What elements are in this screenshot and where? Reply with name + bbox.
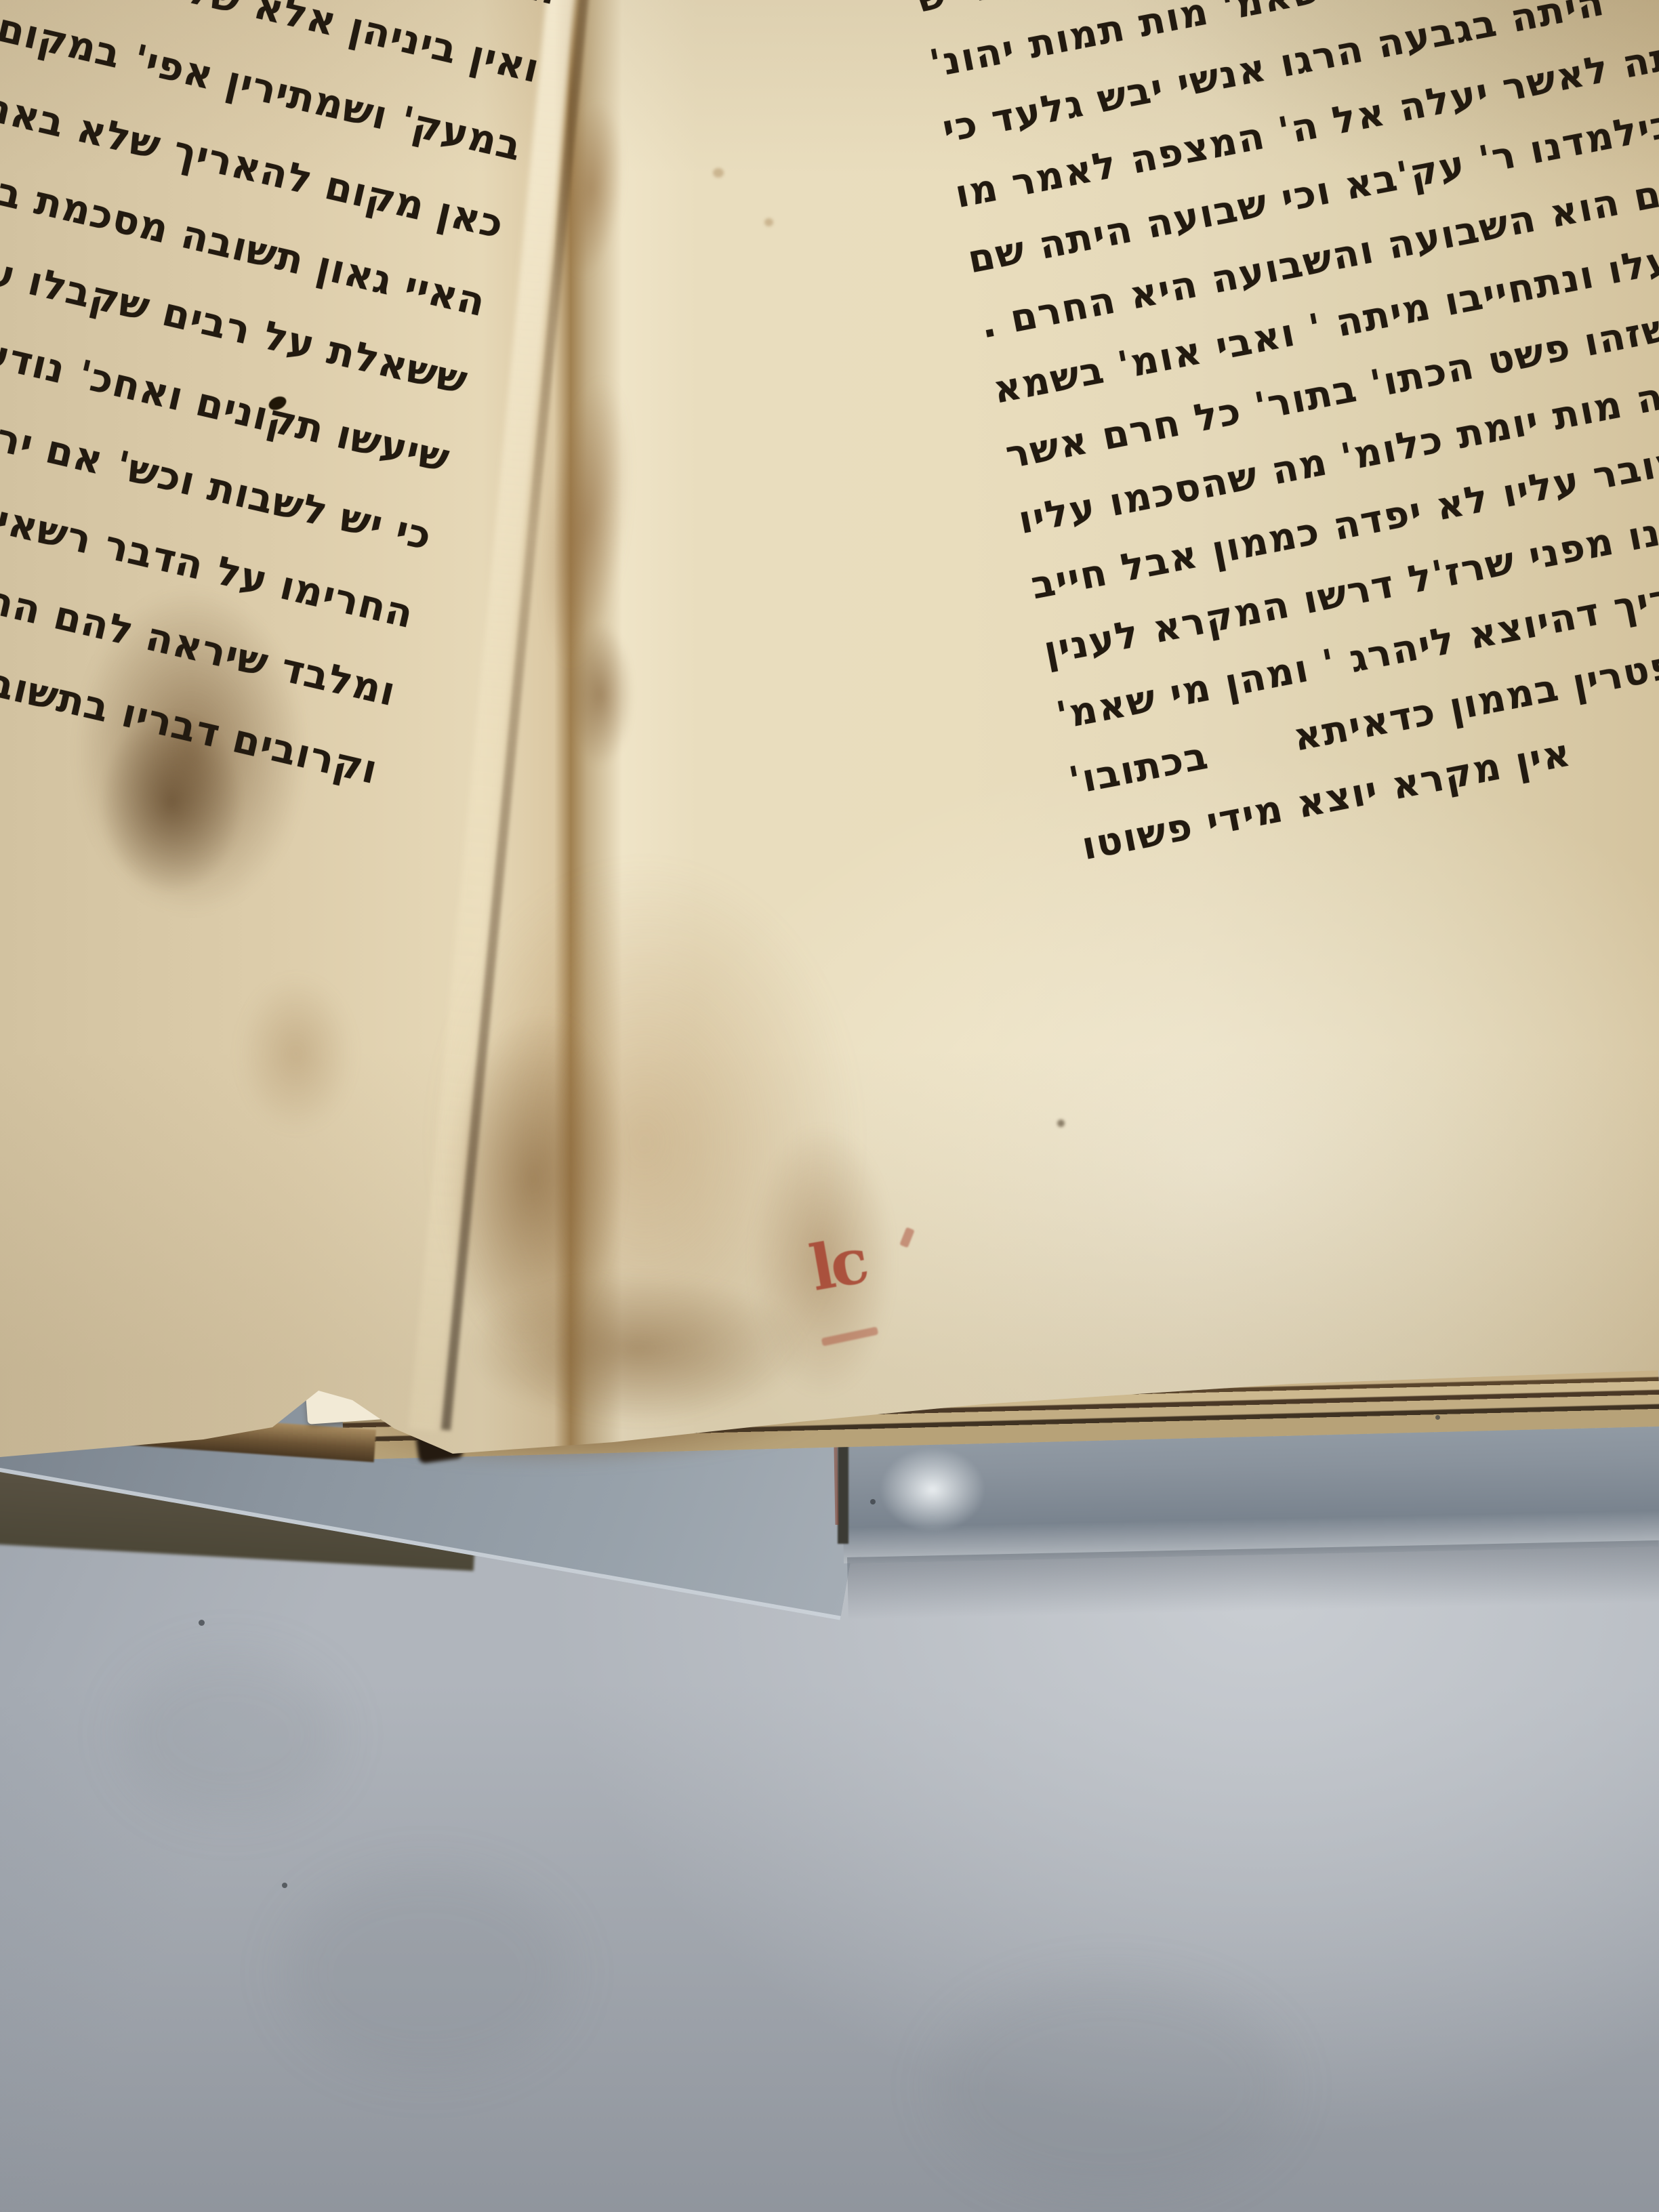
acrylic-glare-spot (880, 1448, 985, 1532)
right-page-text-column: בחרמי ש שאמ' מות תמות יהונ' היתה בגבעה ה… (912, 0, 1659, 880)
photo-of-open-book: חכם ואם ש ואין ביניהן אלא של במעק' ושמתי… (0, 0, 1659, 2212)
red-ink-tick (899, 1227, 915, 1248)
foxing-spot (1057, 1120, 1065, 1127)
table-mottle (285, 1870, 569, 2074)
dust-speck (199, 1620, 205, 1626)
dust-speck (282, 1883, 287, 1888)
foxing-spot (713, 168, 724, 178)
dust-speck (870, 1499, 876, 1504)
foxing-spot (764, 218, 773, 226)
stain-gutter-lower (568, 623, 633, 766)
table-mottle (122, 1654, 339, 1816)
stain-left-page-soft (239, 976, 354, 1132)
dust-speck (1435, 1415, 1440, 1420)
open-book-pages: חכם ואם ש ואין ביניהן אלא של במעק' ושמתי… (0, 0, 1659, 1457)
table-mottle (935, 1979, 1288, 2196)
